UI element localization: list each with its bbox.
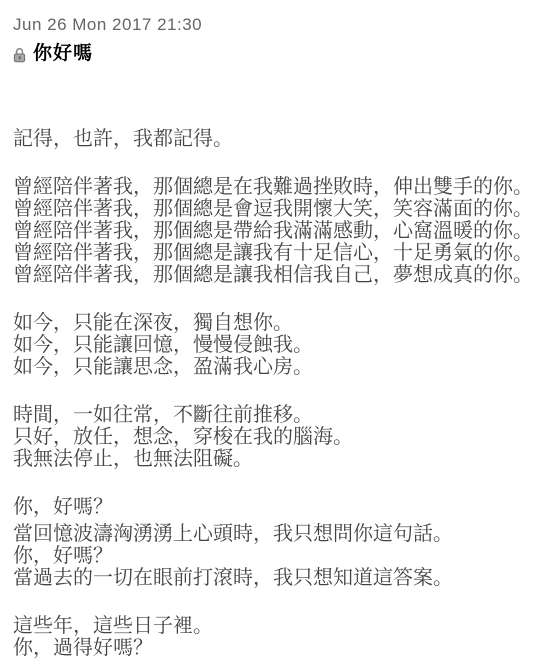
poem-stanza: 曾經陪伴著我，那個總是在我難過挫敗時，伸出雙手的你。 曾經陪伴著我，那個總是會逗… (13, 176, 533, 286)
poem-line: 如今，只能讓回憶，慢慢侵蝕我。 (13, 334, 533, 356)
poem-line: 曾經陪伴著我，那個總是讓我相信我自己，夢想成真的你。 (13, 264, 533, 286)
poem-line: 當過去的一切在眼前打滾時，我只想知道這答案。 (13, 567, 533, 589)
poem-line: 你，過得好嗎？ (13, 637, 533, 659)
post-date: Jun 26 Mon 2017 21:30 (13, 14, 533, 36)
poem-line: 你，好嗎？ (13, 496, 533, 518)
post-content: 記得，也許，我都記得。 曾經陪伴著我，那個總是在我難過挫敗時，伸出雙手的你。 曾… (13, 128, 533, 659)
blog-post: Jun 26 Mon 2017 21:30 你好嗎 記得，也許，我都記得。 曾經… (0, 0, 537, 659)
poem-line: 記得，也許，我都記得。 (13, 128, 533, 150)
poem-line: 曾經陪伴著我，那個總是帶給我滿滿感動，心窩溫暖的你。 (13, 220, 533, 242)
poem-line: 曾經陪伴著我，那個總是讓我有十足信心，十足勇氣的你。 (13, 242, 533, 264)
poem-stanza: 時間，一如往常，不斷往前推移。 只好，放任，想念，穿梭在我的腦海。 我無法停止，… (13, 404, 533, 470)
poem-line: 曾經陪伴著我，那個總是在我難過挫敗時，伸出雙手的你。 (13, 176, 533, 198)
poem-line: 曾經陪伴著我，那個總是會逗我開懷大笑，笑容滿面的你。 (13, 198, 533, 220)
poem-line: 當回憶波濤洶湧湧上心頭時，我只想問你這句話。 (13, 523, 533, 545)
poem-stanza: 這些年，這些日子裡。 你，過得好嗎？ (13, 615, 533, 659)
poem-line: 你，好嗎？ (13, 545, 533, 567)
poem-line: 時間，一如往常，不斷往前推移。 (13, 404, 533, 426)
post-title-row: 你好嗎 (13, 44, 533, 64)
poem-stanza: 記得，也許，我都記得。 (13, 128, 533, 150)
poem-stanza: 當回憶波濤洶湧湧上心頭時，我只想問你這句話。 你，好嗎？ 當過去的一切在眼前打滾… (13, 523, 533, 589)
poem-line: 只好，放任，想念，穿梭在我的腦海。 (13, 426, 533, 448)
poem-line: 我無法停止，也無法阻礙。 (13, 448, 533, 470)
poem-line: 如今，只能讓思念，盈滿我心房。 (13, 356, 533, 378)
poem-line: 如今，只能在深夜，獨自想你。 (13, 312, 533, 334)
lock-icon (13, 47, 26, 63)
poem-line: 這些年，這些日子裡。 (13, 615, 533, 637)
poem-stanza: 如今，只能在深夜，獨自想你。 如今，只能讓回憶，慢慢侵蝕我。 如今，只能讓思念，… (13, 312, 533, 378)
poem-stanza: 你，好嗎？ (13, 496, 533, 518)
post-title: 你好嗎 (33, 44, 93, 64)
